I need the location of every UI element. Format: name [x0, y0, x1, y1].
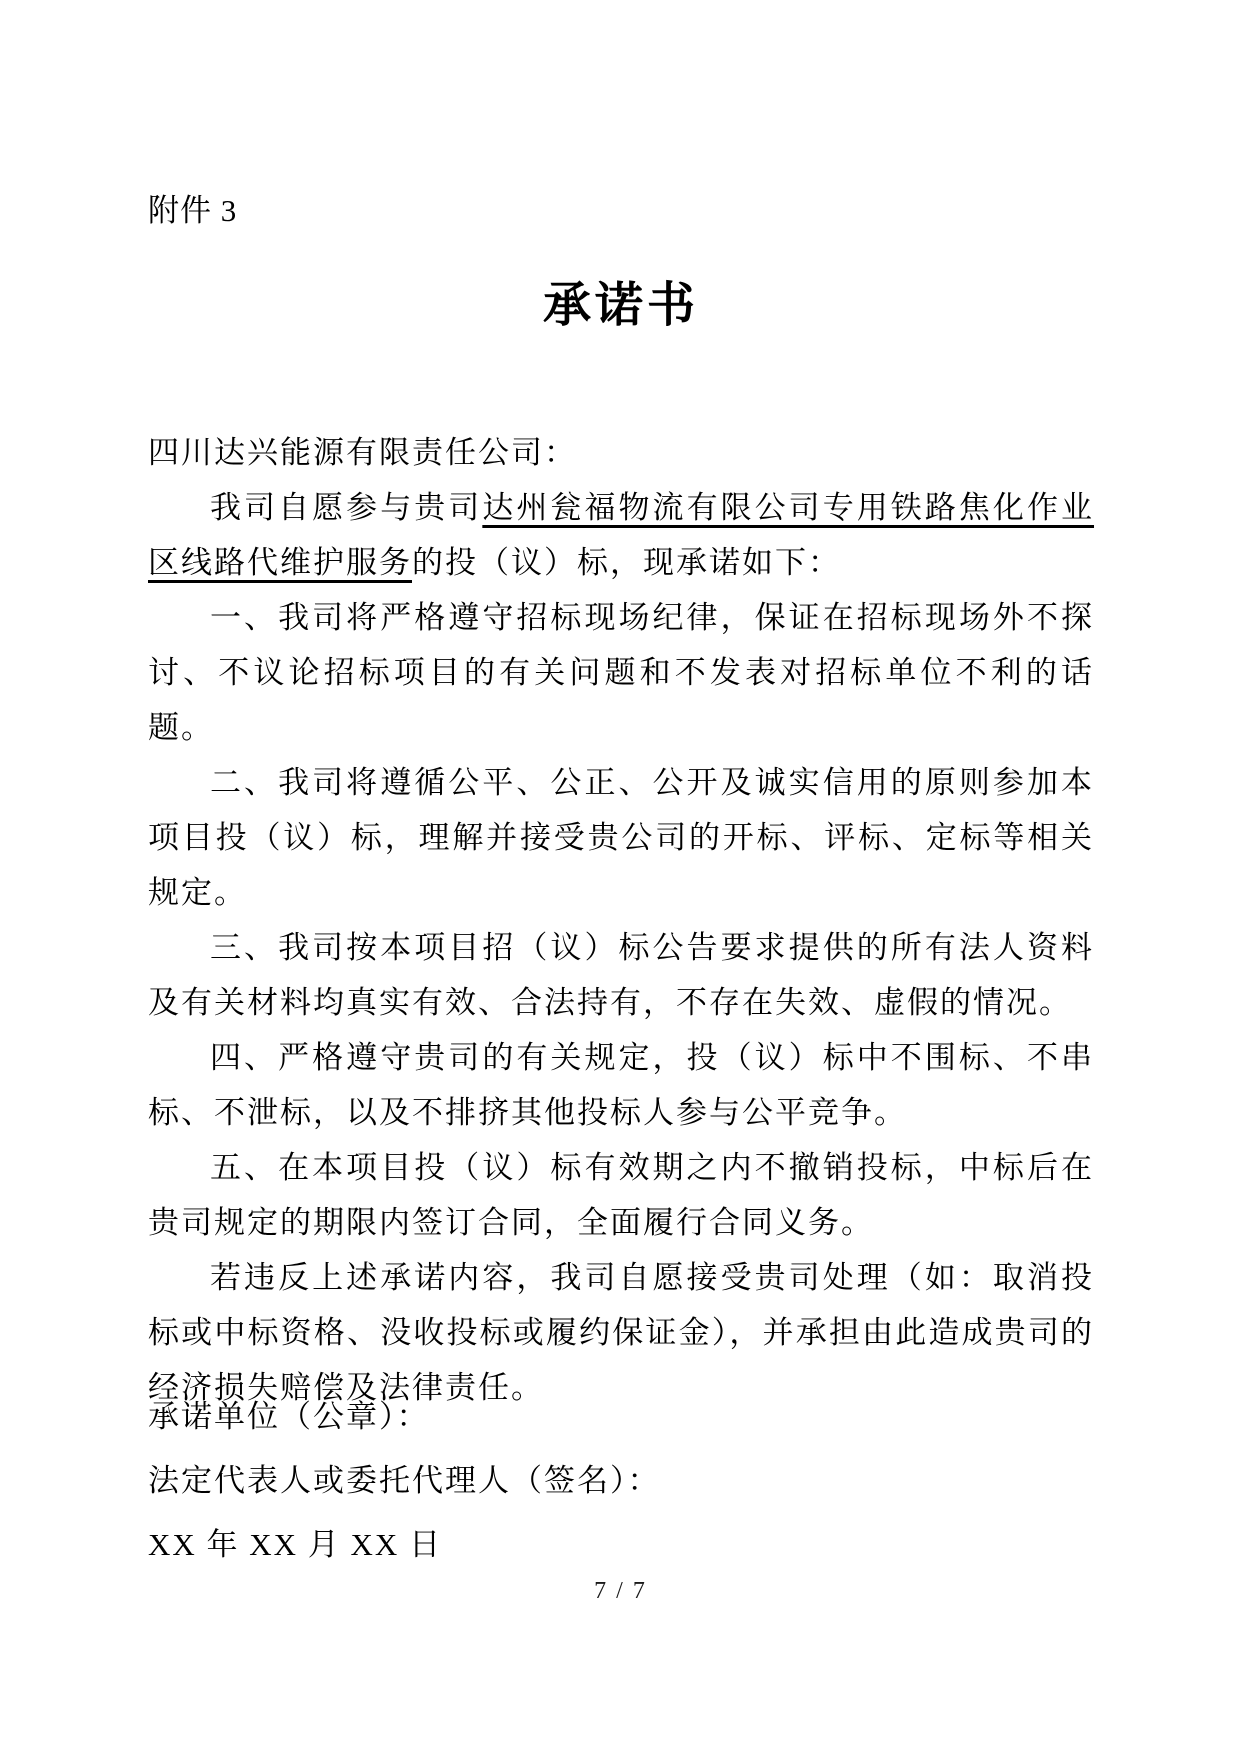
signature-representative-line: 法定代表人或委托代理人（签名）：: [148, 1449, 1094, 1513]
page-title: 承诺书: [148, 276, 1094, 336]
signature-block: 承诺单位（公章）： 法定代表人或委托代理人（签名）： XX 年 XX 月 XX …: [148, 1385, 1094, 1577]
clause-3: 三、我司按本项目招（议）标公告要求提供的所有法人资料及有关材料均真实有效、合法持…: [148, 920, 1094, 1030]
clause-4: 四、严格遵守贵司的有关规定，投（议）标中不围标、不串标、不泄标，以及不排挤其他投…: [148, 1030, 1094, 1140]
signature-unit-line: 承诺单位（公章）：: [148, 1385, 1094, 1449]
clause-1: 一、我司将严格遵守招标现场纪律，保证在招标现场外不探讨、不议论招标项目的有关问题…: [148, 590, 1094, 755]
clause-2: 二、我司将遵循公平、公正、公开及诚实信用的原则参加本项目投（议）标，理解并接受贵…: [148, 755, 1094, 920]
attachment-label: 附件 3: [148, 192, 237, 230]
document-page: 附件 3 承诺书 四川达兴能源有限责任公司： 我司自愿参与贵司达州瓮福物流有限公…: [0, 0, 1241, 1755]
intro-paragraph: 我司自愿参与贵司达州瓮福物流有限公司专用铁路焦化作业区线路代维护服务的投（议）标…: [148, 480, 1094, 590]
document-body: 四川达兴能源有限责任公司： 我司自愿参与贵司达州瓮福物流有限公司专用铁路焦化作业…: [148, 425, 1094, 1415]
signature-date-line: XX 年 XX 月 XX 日: [148, 1513, 1094, 1577]
salutation-line: 四川达兴能源有限责任公司：: [148, 425, 1094, 480]
page-number: 7 / 7: [0, 1578, 1241, 1605]
clause-5: 五、在本项目投（议）标有效期之内不撤销投标，中标后在贵司规定的期限内签订合同，全…: [148, 1140, 1094, 1250]
intro-prefix: 我司自愿参与贵司: [210, 490, 482, 525]
intro-suffix: 的投（议）标，现承诺如下：: [412, 545, 841, 580]
